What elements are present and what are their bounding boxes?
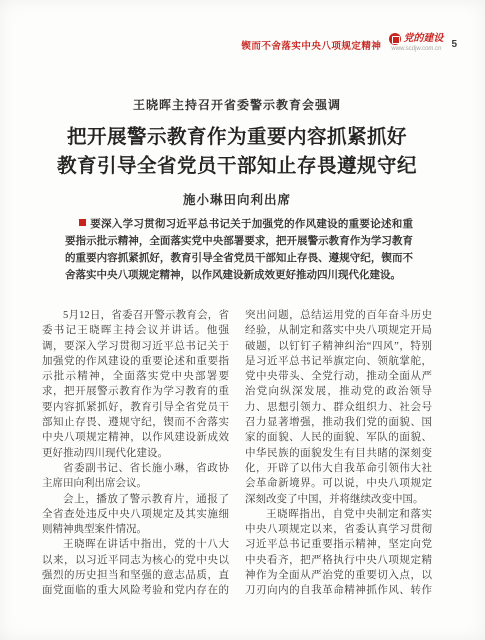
article-title-block: 王晓晖主持召开省委警示教育会强调 把开展警示教育作为重要内容抓紧抓好 教育引导全… bbox=[42, 96, 432, 208]
magazine-url: www.scdjw.com.cn bbox=[391, 46, 441, 52]
abstract-text: 要深入学习贯彻习近平总书记关于加强党的作风建设的重要论述和重要指示批示精神，全面… bbox=[65, 218, 413, 281]
body-paragraph: 会上，播放了警示教育片，通报了全省查处违反中央八项规定及其实施细则精神典型案件情… bbox=[42, 492, 229, 538]
headline-line-1: 把开展警示教育作为重要内容抓紧抓好 bbox=[42, 123, 432, 152]
article-byline: 施小琳田向利出席 bbox=[42, 190, 432, 208]
headline-line-2: 教育引导全省党员干部知止存畏遵规守纪 bbox=[42, 152, 432, 181]
red-square-bullet bbox=[79, 219, 86, 226]
magazine-logo: 党的建设 www.scdjw.com.cn bbox=[389, 33, 443, 52]
article-headline: 把开展警示教育作为重要内容抓紧抓好 教育引导全省党员干部知止存畏遵规守纪 bbox=[42, 123, 432, 181]
body-paragraph: 5月12日，省委召开警示教育会，省委书记王晓晖主持会议并讲话。他强调，要深入学习… bbox=[42, 308, 229, 461]
page-header: 锲而不舍落实中央八项规定精神 党的建设 www.scdjw.com.cn 5 bbox=[0, 28, 457, 56]
column-slogan: 锲而不舍落实中央八项规定精神 bbox=[241, 32, 381, 52]
article-abstract: 要深入学习贯彻习近平总书记关于加强党的作风建设的重要论述和重要指示批示精神，全面… bbox=[65, 216, 413, 284]
magazine-page: 锲而不舍落实中央八项规定精神 党的建设 www.scdjw.com.cn 5 王… bbox=[0, 0, 485, 640]
seal-icon bbox=[389, 33, 401, 45]
page-number: 5 bbox=[451, 35, 457, 50]
article-kicker: 王晓晖主持召开省委警示教育会强调 bbox=[42, 96, 432, 113]
body-paragraph: 省委副书记、省长施小琳，省政协主席田向利出席会议。 bbox=[42, 461, 229, 492]
magazine-logo-text: 党的建设 bbox=[403, 34, 443, 44]
article-body: 5月12日，省委召开警示教育会，省委书记王晓晖主持会议并讲话。他强调，要深入学习… bbox=[42, 308, 432, 600]
